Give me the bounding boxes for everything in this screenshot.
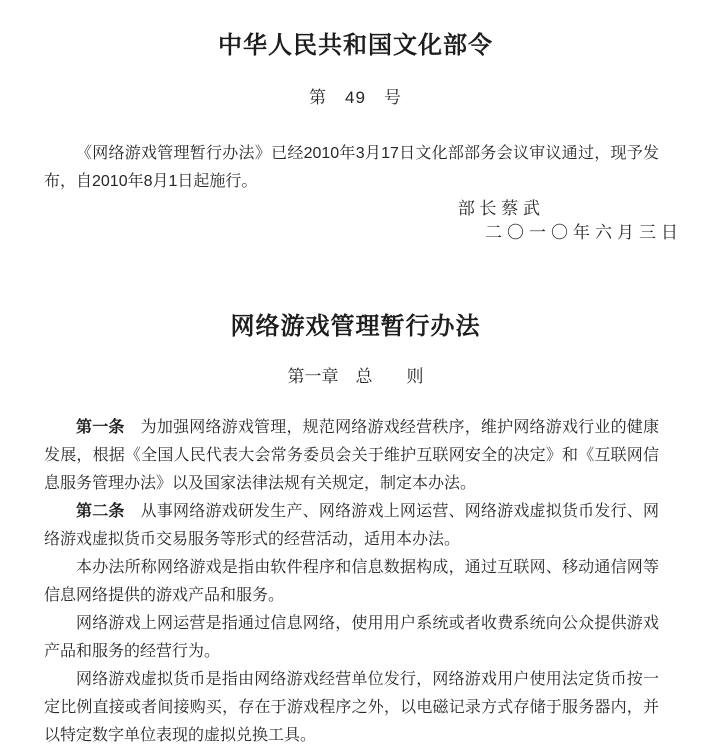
article-label: 第一条 (76, 419, 125, 436)
article-text: 网络游戏上网运营是指通过信息网络，使用用户系统或者收费系统向公众提供游戏产品和服… (44, 615, 659, 660)
article-paragraph: 网络游戏虚拟货币是指由网络游戏经营单位发行，网络游戏用户使用法定货币按一定比例直… (44, 666, 659, 750)
ministry-order-title: 中华人民共和国文化部令 (0, 33, 711, 59)
article-label: 第二条 (76, 503, 125, 520)
article-text: 从事网络游戏研发生产、网络游戏上网运营、网络游戏虚拟货币发行、网络游戏虚拟货币交… (44, 503, 659, 548)
article-paragraph: 本办法所称网络游戏是指由软件程序和信息数据构成，通过互联网、移动通信网等信息网络… (44, 554, 659, 610)
order-announcement: 《网络游戏管理暂行办法》已经2010年3月17日文化部部务会议审议通过，现予发布… (44, 140, 659, 196)
article-paragraph: 第一条为加强网络游戏管理，规范网络游戏经营秩序，维护网络游戏行业的健康发展，根据… (44, 414, 659, 498)
articles-section: 第一条为加强网络游戏管理，规范网络游戏经营秩序，维护网络游戏行业的健康发展，根据… (0, 414, 711, 750)
article-text: 网络游戏虚拟货币是指由网络游戏经营单位发行，网络游戏用户使用法定货币按一定比例直… (44, 671, 659, 744)
article-paragraph: 第二条从事网络游戏研发生产、网络游戏上网运营、网络游戏虚拟货币发行、网络游戏虚拟… (44, 498, 659, 554)
document-page: 中华人民共和国文化部令 第 49 号 《网络游戏管理暂行办法》已经2010年3月… (0, 0, 711, 753)
order-number: 第 49 号 (0, 88, 711, 107)
issue-date: 二〇一〇年六月三日 (0, 222, 683, 244)
chapter-heading: 第一章 总 则 (0, 367, 711, 386)
minister-signature: 部 长 蔡 武 (0, 198, 540, 220)
article-text: 本办法所称网络游戏是指由软件程序和信息数据构成，通过互联网、移动通信网等信息网络… (44, 559, 659, 604)
article-text: 为加强网络游戏管理，规范网络游戏经营秩序，维护网络游戏行业的健康发展，根据《全国… (44, 419, 659, 492)
article-paragraph: 网络游戏上网运营是指通过信息网络，使用用户系统或者收费系统向公众提供游戏产品和服… (44, 610, 659, 666)
regulation-title: 网络游戏管理暂行办法 (0, 313, 711, 341)
